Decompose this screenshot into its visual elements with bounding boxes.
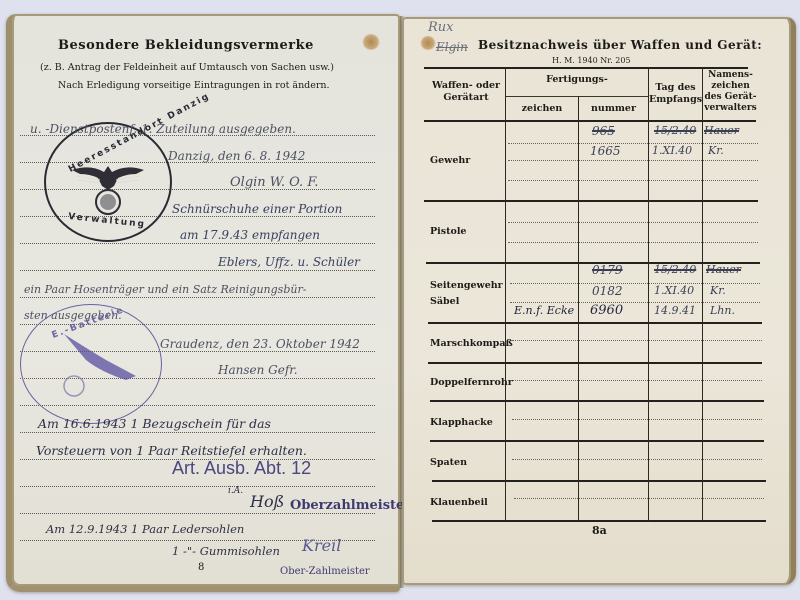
entry-line-6: Eblers, Uffz. u. Schüler [218, 255, 360, 269]
cell-date: 14.9.41 [654, 304, 696, 317]
left-page-title: Besondere Bekleidungsvermerke [58, 38, 314, 53]
row-label-doppelfernrohr: Doppelfernrohr [430, 377, 513, 389]
table-dotted-line [512, 419, 762, 420]
row-label-klapphacke: Klapphacke [430, 417, 493, 429]
table-dotted-line [508, 242, 758, 243]
table-border [430, 440, 764, 442]
ruled-line [20, 243, 375, 244]
entry-line-1: u. -Dienstpostenf. 1. Zuteilung ausgegeb… [30, 122, 296, 136]
cell-nummer: 965 [592, 124, 615, 138]
header-zeichen: zeichen [506, 103, 578, 115]
entry-line-12: Vorsteuern von 1 Paar Reitstiefel erhalt… [36, 443, 307, 458]
ruled-line [20, 486, 375, 487]
corner-note-1: Rux [428, 20, 454, 35]
table-column-divider [578, 96, 579, 522]
ruled-line [20, 297, 375, 298]
left-page-number: 8 [198, 562, 204, 573]
row-label-saebel: Säbel [430, 296, 459, 308]
table-dotted-line [512, 340, 762, 341]
stain [420, 36, 436, 50]
entry-line-14: Am 12.9.1943 1 Paar Ledersohlen [46, 522, 244, 536]
table-dotted-line [514, 498, 764, 499]
entry-line-5: am 17.9.43 empfangen [180, 228, 320, 242]
entry-ia: i.A. [228, 486, 243, 496]
table-border [432, 480, 766, 482]
corner-note-2: Elgin [436, 40, 468, 54]
table-border [424, 67, 748, 69]
table-border [432, 520, 766, 522]
entry-line-2: Danzig, den 6. 8. 1942 [168, 149, 305, 163]
cell-nummer: 6960 [590, 303, 623, 318]
cell-zeichen: E.n.f. Ecke [514, 304, 574, 317]
cell-initials: Lhn. [710, 304, 735, 317]
entry-line-3: Olgin W. O. F. [230, 175, 318, 190]
left-page-subtitle-2: Nach Erledigung vorseitige Eintragungen … [58, 80, 330, 91]
signature: Hoß [250, 492, 284, 511]
table-dotted-line [508, 222, 758, 223]
table-column-divider [702, 67, 703, 522]
table-dotted-line [510, 302, 760, 303]
table-border [428, 362, 762, 364]
row-label-gewehr: Gewehr [430, 155, 470, 167]
row-label-seitengewehr: Seitengewehr [430, 280, 503, 292]
signature-2: Kreil [302, 536, 341, 555]
form-reference: H. M. 1940 Nr. 205 [552, 56, 631, 65]
header-date-received: Tag des Empfangs [649, 82, 702, 106]
ruled-line [20, 432, 375, 433]
row-label-spaten: Spaten [430, 457, 467, 469]
right-page-number: 8a [592, 524, 607, 537]
cell-date: 1.XI.40 [652, 144, 692, 157]
ruled-line [20, 270, 375, 271]
rubber-stamp-title: Oberzahlmeister [290, 498, 411, 513]
cell-date: 1.XI.40 [654, 284, 694, 297]
entry-line-7: ein Paar Hosenträger und ein Satz Reinig… [24, 283, 306, 296]
entry-line-9: Graudenz, den 23. Oktober 1942 [160, 337, 360, 351]
left-page-subtitle-1: (z. B. Antrag der Feldeinheit auf Umtaus… [40, 62, 334, 73]
table-dotted-line [512, 459, 762, 460]
entry-line-10: Hansen Gefr. [218, 363, 298, 377]
header-nummer: nummer [579, 103, 648, 115]
entry-line-15: 1 -"- Gummisohlen [172, 544, 280, 558]
rubber-stamp-unit: Art. Ausb. Abt. 12 [172, 458, 311, 479]
table-dotted-line [508, 180, 758, 181]
table-border [428, 322, 762, 324]
stain [362, 34, 380, 50]
cell-date: 15/2.40 [654, 263, 696, 276]
cell-nummer: 0179 [592, 263, 623, 277]
table-column-divider [505, 67, 506, 522]
entry-line-16: Ober-Zahlmeister [280, 566, 370, 577]
row-label-pistole: Pistole [430, 226, 466, 238]
cell-initials: Hauer [706, 263, 741, 276]
cell-initials: Hauer [704, 124, 739, 137]
eagle-emblem-icon [56, 330, 146, 400]
header-fertigungs: Fertigungs- [506, 74, 648, 86]
row-label-klauenbeil: Klauenbeil [430, 497, 488, 509]
header-weapon-type: Waffen- oder Gerätart [428, 80, 504, 104]
table-border [424, 120, 756, 122]
table-border [505, 96, 649, 97]
table-dotted-line [512, 380, 762, 381]
right-page-title: Besitznachweis über Waffen und Gerät: [478, 38, 762, 52]
eagle-emblem-icon [70, 160, 146, 220]
cell-nummer: 1665 [590, 144, 621, 158]
header-custodian-initials: Namens- zeichen des Gerät- verwalters [703, 70, 758, 114]
table-border [430, 400, 764, 402]
entry-line-4: Schnürschuhe einer Portion [172, 202, 342, 216]
entry-line-11: Am 16.6.1943 1 Bezugschein für das [38, 416, 271, 431]
cell-initials: Kr. [708, 144, 724, 157]
cell-date: 15/2.40 [654, 124, 696, 137]
cell-nummer: 0182 [592, 284, 623, 298]
ruled-line [20, 513, 375, 514]
table-dotted-line [508, 160, 758, 161]
table-column-divider [648, 67, 649, 522]
table-border [424, 200, 758, 202]
row-label-marschkompass: Marschkompaß [430, 338, 513, 350]
cell-initials: Kr. [710, 284, 726, 297]
